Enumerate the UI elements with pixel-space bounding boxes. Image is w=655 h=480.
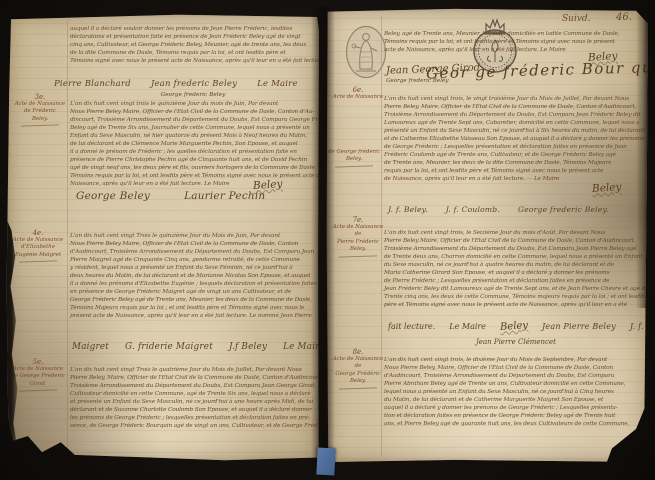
- act-continuation-paragraph: auquel il a déclaré vouloir donner les p…: [70, 25, 316, 65]
- manuscript-line: de: [330, 363, 386, 370]
- margin-note-lines: Acte de Naissancede FrédericBeley.: [12, 101, 68, 123]
- manuscript-line: Maigret: [72, 342, 109, 352]
- manuscript-line: de Trente ans, Meunier, les deux de la d…: [384, 159, 644, 167]
- manuscript-line: Enfant du Sexe Masculin, né hier quatorz…: [70, 132, 318, 140]
- manuscript-line: George Fréderic Beley agé de Trente ans,…: [70, 296, 318, 304]
- act-8-paragraph: L'an dix huit cent vingt trois, le dixiè…: [384, 356, 644, 428]
- manuscript-line: auquel il a déclaré vouloir donner les p…: [70, 25, 316, 33]
- manuscript-line: Témoins Majeurs requis par la loi ; et o…: [70, 304, 318, 312]
- act-7-paragraph: L'an dix huit cent vingt trois, le Seizi…: [384, 229, 644, 309]
- manuscript-line: J. f. Coulomb.: [446, 205, 500, 214]
- margin-note-underline: [335, 165, 373, 167]
- manuscript-line: L'an dix huit cent vingt Trois le quinzi…: [70, 232, 318, 240]
- manuscript-line: de Trente deux ans, Charron domicilié en…: [384, 253, 644, 261]
- manuscript-line: tion et déclaration faites en présence d…: [384, 412, 644, 420]
- left-page: auquel il a déclaré vouloir donner les p…: [6, 13, 319, 462]
- manuscript-line: agé de vingt neuf ans, les deux père et …: [70, 164, 318, 172]
- manuscript-line: déclarant et de Suzanne Charlotte Coulom…: [70, 406, 318, 414]
- manuscript-line: requis par la loi, et ont lesdits père e…: [384, 167, 644, 175]
- manuscript-line: lequel nous a présenté un Enfant du Sexe…: [384, 388, 644, 396]
- manuscript-line: Beley.: [330, 378, 386, 385]
- manuscript-line: de lui déclarant et de Clémence Marie Ma…: [70, 140, 318, 148]
- manuscript-line: Le Maire: [283, 342, 325, 352]
- closing-words: fait lecture.: [388, 322, 435, 331]
- folio-number: 46.: [616, 12, 632, 23]
- manuscript-line: Fréderic Coulomb agé de Trente ans, Cult…: [384, 151, 644, 159]
- blue-paper-fragment: [316, 448, 335, 476]
- manuscript-line: sence, de George Fréderic Bourquin agé d…: [70, 422, 318, 430]
- mayor-title: Le Maire: [449, 322, 486, 331]
- manuscript-line: L'an dix huit cent vingt trois, le Seizi…: [384, 229, 644, 237]
- manuscript-line: de la dite Commune de Dasle, Témoins req…: [70, 49, 316, 57]
- manuscript-line: Lamoureux agé de Trente Sept ans, Cabare…: [384, 119, 644, 127]
- act-number: 6e.: [330, 86, 386, 94]
- manuscript-line: du Sexe masculin, né ce jourd'hui à quat…: [384, 261, 644, 269]
- manuscript-line: de: [330, 231, 386, 238]
- manuscript-line: Trente cinq ans, les deux de cette Commu…: [384, 293, 644, 301]
- margin-note-underline: [339, 387, 377, 389]
- margin-note-lines: Acte de Naissancede George FrédericGirod…: [10, 366, 66, 388]
- margin-note-lines: Acte de NaissancedeGeorge FrédéricBeley.: [330, 356, 386, 386]
- manuscript-line: Troisième Arrondissement du Département …: [384, 245, 644, 253]
- signature-row: MaigretG. friderie MaigretJ.f BeleyLe Ma…: [72, 340, 370, 352]
- manuscript-line: Girod.: [10, 381, 66, 388]
- manuscript-line: Eugénie Maigret: [10, 252, 66, 259]
- manuscript-line: y résident, lequel nous a présenté un En…: [70, 264, 318, 272]
- manuscript-line: Beley agé de Trente Six ans, Journalier …: [70, 124, 318, 132]
- manuscript-line: en présence de George Fréderic Maigret a…: [70, 288, 318, 296]
- manuscript-line: Jean frederic Beley: [151, 79, 237, 89]
- scanned-register-spread: auquel il a déclaré vouloir donner les p…: [0, 0, 655, 480]
- manuscript-line: Pierre Beley, Maire, Officier de l'Etat …: [70, 374, 318, 382]
- margin-note-act-3: 3e. Acte de Naissancede FrédericBeley.: [12, 93, 68, 126]
- manuscript-line: il a donné les prénoms d'Elizabethe Eugé…: [70, 280, 318, 288]
- manuscript-line: Acte de Naissance: [330, 356, 386, 363]
- right-page: Suivd. 46. Beley, agé de Trente ans, Meu…: [326, 8, 649, 463]
- manuscript-line: Nous Pierre Beley Maire, Officier de l'E…: [70, 108, 318, 116]
- manuscript-line: de George Fréderic ; Lesquelles présenta…: [384, 143, 644, 151]
- manuscript-line: Le Maire: [257, 79, 298, 89]
- manuscript-line: d'Audincourt, Troisième Arrondissement d…: [70, 248, 318, 256]
- act-number: 3e.: [12, 93, 68, 101]
- margin-note-lines: Acte de Naissanced'ElizabetheEugénie Mai…: [10, 237, 66, 259]
- manuscript-line: Acte de Naissance: [330, 94, 386, 101]
- signature-row: George BeleyLaurier Pechin: [76, 190, 265, 202]
- act-4-paragraph: L'an dix huit cent vingt Trois le quinzi…: [70, 232, 318, 320]
- manuscript-line: Pierre Maigret agé de Cinquante Cinq ans…: [70, 256, 318, 264]
- manuscript-line: J. f. Beley.: [388, 205, 428, 214]
- manuscript-line: Jean Pierre Beley: [542, 322, 616, 331]
- manuscript-line: ans, et Pierre Beley agé de quarante hui…: [384, 420, 644, 428]
- mayor-signature: Beley: [592, 181, 622, 195]
- manuscript-line: L'an dix huit cent vingt Trois le quatri…: [70, 366, 318, 374]
- manuscript-line: George Frédéric: [330, 371, 386, 378]
- manuscript-line: Pierre Fréderic: [330, 239, 386, 246]
- signature-row: Pierre BlanchardJean frederic BeleyLe Ma…: [54, 77, 347, 89]
- manuscript-line: de Pierre Fréderic ; Lesquelles présenta…: [384, 277, 644, 285]
- margin-note-act-6-name: de George frédericBeley.: [326, 149, 382, 167]
- manuscript-line: d'Audincourt, Troisième Arrondissement d…: [384, 372, 644, 380]
- manuscript-line: les prénoms de George Fréderic ; lesquel…: [70, 414, 318, 422]
- manuscript-line: et de Catherine Elizabethe Vaisseau Son …: [384, 135, 644, 143]
- manuscript-line: Laurier Pechin: [184, 190, 265, 202]
- margin-note-lines: de George frédericBeley.: [326, 149, 382, 164]
- manuscript-line: Beley.: [326, 156, 382, 163]
- manuscript-line: Acte de Naissance: [330, 224, 386, 231]
- signatures: George BeleyLaurier Pechin: [76, 190, 265, 202]
- manuscript-line: deux heures du Matin, de lui déclarant e…: [70, 272, 318, 280]
- manuscript-line: Pierre Abraham Beley agé de Trente un an…: [384, 380, 644, 388]
- mayor-signature: Beley: [500, 320, 529, 333]
- signature-row: J. f. Beley.J. f. Coulomb.George frederi…: [388, 205, 609, 214]
- manuscript-line: présent acte de Naissance, après qu'il l…: [70, 312, 318, 320]
- manuscript-line: J.f Beley: [229, 342, 267, 352]
- manuscript-line: Témoins requis par la loi, et ont lesdit…: [384, 38, 642, 46]
- margin-note-act-5: 5e. Acte de Naissancede George FrédericG…: [10, 358, 66, 391]
- manuscript-line: Cultivateur domicilié en cette Commune, …: [70, 390, 318, 398]
- act-number: 7e.: [330, 216, 386, 224]
- folio-annotation: Suivd.: [562, 14, 591, 24]
- manuscript-line: George frederic Beley.: [518, 205, 609, 214]
- manuscript-line: Maria Catherine Girard Son Epouse, et au…: [384, 269, 644, 277]
- manuscript-line: de George fréderic: [326, 149, 382, 156]
- manuscript-line: Pierre Blanchard: [54, 79, 131, 89]
- manuscript-line: Beley, agé de Trente ans, Meunier, les d…: [384, 30, 642, 38]
- margin-note-underline: [21, 125, 59, 127]
- signatures: Jean Pierre BeleyJ. f. Beley: [542, 322, 655, 331]
- margin-note-act-8: 8e. Acte de NaissancedeGeorge FrédéricBe…: [330, 348, 386, 389]
- margin-note-underline: [19, 261, 57, 263]
- act-5-paragraph: L'an dix huit cent vingt Trois le quatri…: [70, 366, 318, 430]
- manuscript-line: Nous Pierre Beley Maire, Officier de l'E…: [70, 240, 318, 248]
- manuscript-line: Troisième Arrondissement du Département …: [384, 111, 644, 119]
- manuscript-line: George Beley: [76, 190, 150, 202]
- act-number: 4e.: [10, 229, 66, 237]
- manuscript-line: Acte de Naissance: [10, 237, 66, 244]
- manuscript-line: de George Fréderic: [10, 373, 66, 380]
- manuscript-line: L'an dix huit cent vingt trois le quinzi…: [70, 100, 318, 108]
- witness-signature: Jean Pierre Clémencet: [476, 338, 556, 346]
- manuscript-line: père et Témoins signé avec nous le prése…: [384, 301, 644, 309]
- manuscript-line: auquel il a déclaré y donner les prénoms…: [384, 404, 644, 412]
- manuscript-line: Pierre Beley, Maire, Officier de l'Etat …: [384, 103, 644, 111]
- standing-figure-stamp-icon: [344, 24, 388, 80]
- manuscript-line: de Fréderic: [12, 108, 68, 115]
- margin-note-underline: [339, 255, 377, 257]
- manuscript-line: il a donné le prénom de Fréderic ; les q…: [70, 148, 318, 156]
- manuscript-line: présenté un Enfant du Sexe Masculin, né …: [384, 127, 644, 135]
- margin-note-act-7: 7e. Acte de NaissancedePierre FrédericBe…: [330, 216, 386, 257]
- margin-note-lines: Acte de Naissance: [330, 94, 386, 101]
- witness-signature: George frederic Beley: [70, 92, 316, 98]
- manuscript-line: Beley.: [12, 116, 68, 123]
- manuscript-line: présence de Pierre Christophe Pechin agé…: [70, 156, 318, 164]
- manuscript-line: cinq ans, Cultivateur, et George Fréderi…: [70, 41, 316, 49]
- act-number: 5e.: [10, 358, 66, 366]
- act-number: 8e.: [330, 348, 386, 356]
- manuscript-line: Pierre Beley Maire, Officier de l'Etat C…: [384, 237, 644, 245]
- act-3-paragraph: L'an dix huit cent vingt trois le quinzi…: [70, 100, 318, 188]
- margin-note-act-4: 4e. Acte de Naissanced'ElizabetheEugénie…: [10, 229, 66, 262]
- margin-note-lines: Acte de NaissancedePierre FrédericBeley.: [330, 224, 386, 254]
- margin-note-underline: [19, 390, 57, 392]
- manuscript-line: L'an dix huit cent vingt trois, le dixiè…: [384, 356, 644, 364]
- manuscript-line: Jean Fréderic Beley dit Lamoureux agé de…: [384, 285, 644, 293]
- signatures: Pierre BlanchardJean frederic BeleyLe Ma…: [54, 79, 298, 89]
- large-inscription: Geor ge fréderic Bour quin.: [426, 58, 655, 83]
- act-6-paragraph: L'an dix huit cent vingt trois, le vingt…: [384, 95, 644, 183]
- manuscript-line: Nous Pierre Beley, Maire, Officier de l'…: [384, 364, 644, 372]
- manuscript-line: dincourt, Troisième Arrondissement du Dé…: [70, 116, 318, 124]
- margin-note-act-6: 6e. Acte de Naissance: [330, 86, 386, 101]
- signature-row: fait lecture. Le Maire Beley Jean Pierre…: [388, 321, 655, 332]
- manuscript-line: d'Elizabethe: [10, 244, 66, 251]
- manuscript-line: déclarations et présentation faite en pr…: [70, 33, 316, 41]
- signatures: MaigretG. friderie MaigretJ.f BeleyLe Ma…: [72, 342, 325, 352]
- manuscript-line: Beley.: [330, 246, 386, 253]
- signatures: J. f. Beley.J. f. Coulomb.George frederi…: [388, 205, 609, 214]
- manuscript-line: et présenté un Enfant du Sexe Masculin, …: [70, 398, 318, 406]
- manuscript-line: Troisième Arrondissement du Département …: [70, 382, 318, 390]
- manuscript-line: du Matin, de lui déclarant et de Catheri…: [384, 396, 644, 404]
- manuscript-line: J. f. Beley: [630, 322, 655, 331]
- manuscript-line: G. friderie Maigret: [125, 342, 213, 352]
- manuscript-line: Témoins signé avec nous le présent acte …: [70, 57, 316, 65]
- manuscript-line: L'an dix huit cent vingt trois, le vingt…: [384, 95, 644, 103]
